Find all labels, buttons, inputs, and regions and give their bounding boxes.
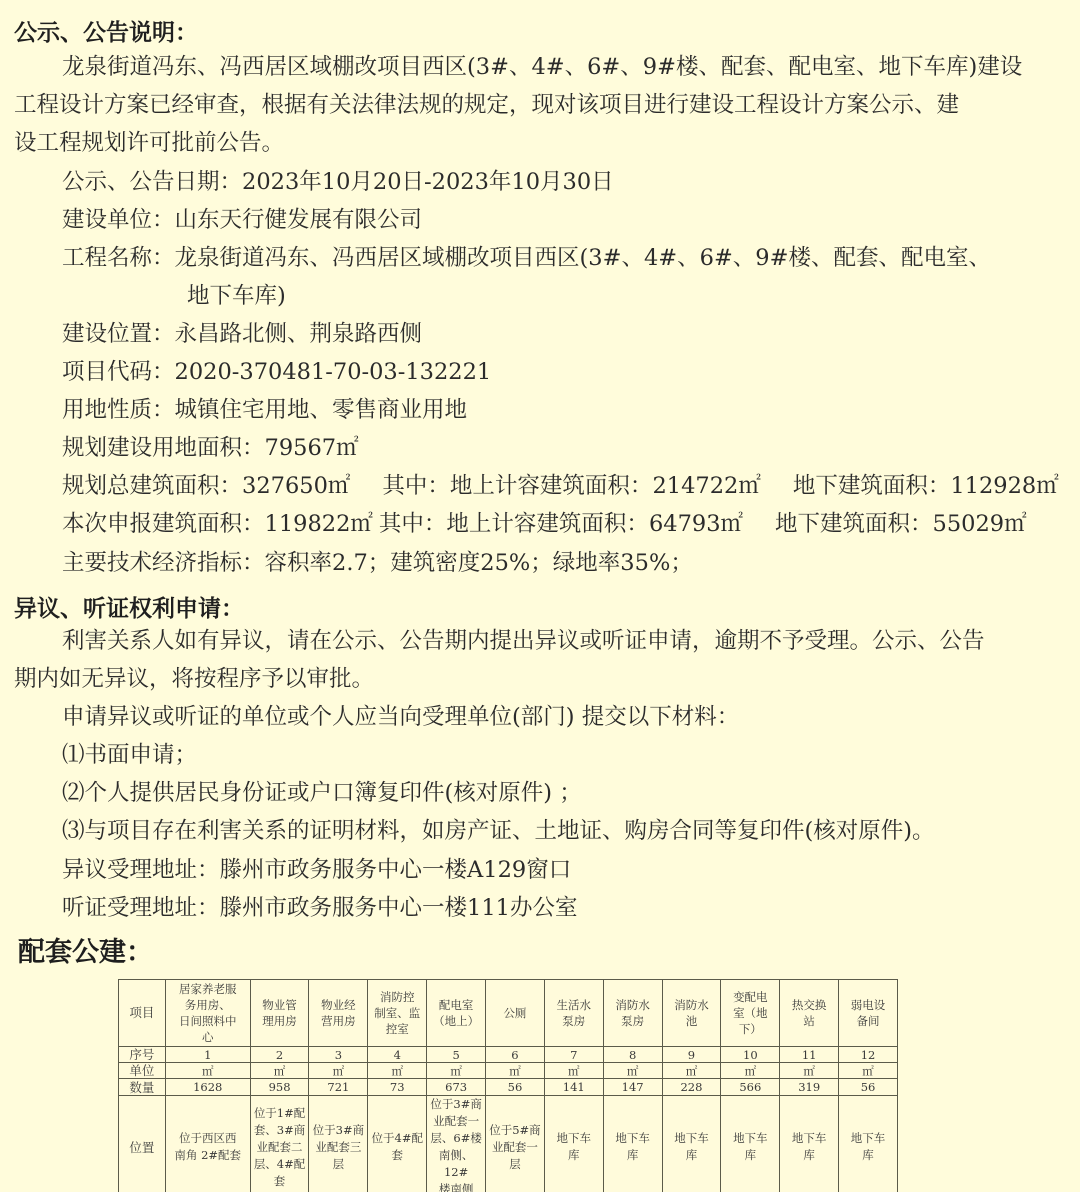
hearing-address: 听证受理地址：滕州市政务服务中心一楼111办公室 [62, 893, 577, 923]
table-row-seq: 序号123456789101112 [119, 1047, 898, 1063]
table-cell: ㎡ [839, 1063, 898, 1079]
table-cell: 位于3#商业配套一层、6#楼南侧、12#楼南侧 [427, 1096, 486, 1192]
field-declared-area: 本次申报建筑面积：119822㎡其中：地上计容建筑面积：64793㎡地下建筑面积… [62, 509, 1027, 539]
field-value: 滕州市政务服务中心一楼A129窗口 [220, 857, 572, 883]
intro-line-2: 工程设计方案已经审查，根据有关法律法规的规定，现对该项目进行建设工程设计方案公示… [14, 90, 959, 120]
field-label: 公示、公告日期： [62, 169, 242, 195]
table-cell: 物业管理用房 [250, 980, 309, 1047]
field-above-value: 214722㎡ [652, 473, 760, 499]
table-row-position: 位置位于西区西南角 2#配套位于1#配套、3#商业配套二层、4#配套位于3#商业… [119, 1096, 898, 1192]
table-cell: 居家养老服务用房、日间照料中心 [165, 980, 250, 1047]
table-cell: 56 [486, 1079, 545, 1096]
field-value: 79567㎡ [265, 435, 359, 461]
table-cell: 9 [662, 1047, 721, 1063]
field-label: 规划总建筑面积： [62, 473, 242, 499]
section-title-notice: 公示、公告说明： [14, 14, 198, 47]
field-location: 建设位置：永昌路北侧、荆泉路西侧 [62, 319, 422, 349]
table-cell: 配电室（地上） [427, 980, 486, 1047]
table-cell: 3 [309, 1047, 368, 1063]
row-header: 位置 [119, 1096, 166, 1192]
field-land-area: 规划建设用地面积：79567㎡ [62, 433, 359, 463]
table-cell: 地下车库 [780, 1096, 839, 1192]
field-label: 项目代码： [62, 359, 175, 385]
field-value: 山东天行健发展有限公司 [175, 207, 423, 233]
facilities-table: 项目居家养老服务用房、日间照料中心物业管理用房物业经营用房消防控制室、监控室配电… [118, 979, 898, 1192]
table-cell: 消防水池 [662, 980, 721, 1047]
table-cell: 56 [839, 1079, 898, 1096]
table-cell: 地下车库 [662, 1096, 721, 1192]
table-cell: 消防水泵房 [603, 980, 662, 1047]
field-value: 城镇住宅用地、零售商业用地 [175, 397, 468, 423]
objection-address: 异议受理地址：滕州市政务服务中心一楼A129窗口 [62, 855, 571, 885]
table-cell: 5 [427, 1047, 486, 1063]
table-cell: 10 [721, 1047, 780, 1063]
table-cell: ㎡ [780, 1063, 839, 1079]
field-value: 119822㎡ [265, 511, 373, 537]
field-land-use: 用地性质：城镇住宅用地、零售商业用地 [62, 395, 467, 425]
table-cell: 2 [250, 1047, 309, 1063]
table-cell: 热交换站 [780, 980, 839, 1047]
field-below-value: 55029㎡ [933, 511, 1027, 537]
table-cell: ㎡ [165, 1063, 250, 1079]
intro-line-1: 龙泉街道冯东、冯西居区域棚改项目西区(3#、4#、6#、9#楼、配套、配电室、地… [62, 52, 1022, 82]
materials-intro: 申请异议或听证的单位或个人应当向受理单位(部门) 提交以下材料： [62, 702, 739, 732]
table-row-unit: 单位㎡㎡㎡㎡㎡㎡㎡㎡㎡㎡㎡㎡ [119, 1063, 898, 1079]
objection-para-line-1: 利害关系人如有异议，请在公示、公告期内提出异议或听证申请，逾期不予受理。公示、公… [62, 626, 985, 656]
table-cell: 消防控制室、监控室 [368, 980, 427, 1047]
row-header: 序号 [119, 1047, 166, 1063]
table-cell: 228 [662, 1079, 721, 1096]
table-cell: 变配电室（地下） [721, 980, 780, 1047]
table-row-item: 项目居家养老服务用房、日间照料中心物业管理用房物业经营用房消防控制室、监控室配电… [119, 980, 898, 1047]
intro-line-3: 设工程规划许可批前公告。 [14, 128, 284, 158]
field-builder: 建设单位：山东天行健发展有限公司 [62, 205, 422, 235]
material-item-2: ⑵个人提供居民身份证或户口簿复印件(核对原件) ； [62, 778, 582, 808]
field-value: 2023年10月20日-2023年10月30日 [242, 169, 614, 195]
table-cell: 12 [839, 1047, 898, 1063]
field-above-value: 64793㎡ [649, 511, 743, 537]
row-header: 单位 [119, 1063, 166, 1079]
table-cell: 公厕 [486, 980, 545, 1047]
table-cell: 地下车库 [603, 1096, 662, 1192]
table-row-qty: 数量1628958721736735614114722856631956 [119, 1079, 898, 1096]
section-title-facilities: 配套公建： [18, 930, 153, 969]
field-project-code: 项目代码：2020-370481-70-03-132221 [62, 357, 491, 387]
field-label: 规划建设用地面积： [62, 435, 265, 461]
table-cell: 141 [544, 1079, 603, 1096]
table-cell: ㎡ [544, 1063, 603, 1079]
table-cell: 673 [427, 1079, 486, 1096]
table-cell: 弱电设备间 [839, 980, 898, 1047]
table-cell: 位于4#配套 [368, 1096, 427, 1192]
field-value: 永昌路北侧、荆泉路西侧 [175, 321, 423, 347]
field-total-area: 规划总建筑面积：327650㎡其中：地上计容建筑面积：214722㎡地下建筑面积… [62, 471, 1059, 501]
table-cell: 8 [603, 1047, 662, 1063]
table-cell: ㎡ [427, 1063, 486, 1079]
table-cell: 4 [368, 1047, 427, 1063]
table-cell: 位于1#配套、3#商业配套二层、4#配套 [250, 1096, 309, 1192]
field-label: 建设单位： [62, 207, 175, 233]
table-cell: 147 [603, 1079, 662, 1096]
field-value: 327650㎡ [242, 473, 350, 499]
table-cell: 位于3#商业配套三层 [309, 1096, 368, 1192]
field-value: 2020-370481-70-03-132221 [175, 359, 492, 385]
table-cell: 物业经营用房 [309, 980, 368, 1047]
section-title-objection: 异议、听证权利申请： [14, 590, 244, 623]
field-label: 异议受理地址： [62, 857, 220, 883]
field-project-name: 工程名称：龙泉街道冯东、冯西居区域棚改项目西区(3#、4#、6#、9#楼、配套、… [62, 243, 991, 273]
field-above-label: 其中：地上计容建筑面积： [379, 511, 649, 537]
table-cell: 6 [486, 1047, 545, 1063]
table-cell: 721 [309, 1079, 368, 1096]
table-cell: 1 [165, 1047, 250, 1063]
objection-para-line-2: 期内如无异议，将按程序予以审批。 [14, 664, 374, 694]
table-cell: ㎡ [486, 1063, 545, 1079]
table-cell: 958 [250, 1079, 309, 1096]
table-cell: ㎡ [368, 1063, 427, 1079]
table-cell: ㎡ [309, 1063, 368, 1079]
material-item-1: ⑴书面申请； [62, 740, 197, 770]
field-below-label: 地下建筑面积： [793, 473, 951, 499]
field-value: 滕州市政务服务中心一楼111办公室 [220, 895, 578, 921]
field-above-label: 其中：地上计容建筑面积： [382, 473, 652, 499]
table-cell: 生活水泵房 [544, 980, 603, 1047]
table-cell: ㎡ [250, 1063, 309, 1079]
field-indicators: 主要技术经济指标：容积率2.7；建筑密度25%；绿地率35%； [62, 548, 693, 578]
table-cell: 11 [780, 1047, 839, 1063]
table-cell: 位于5#商业配套一层 [486, 1096, 545, 1192]
field-label: 工程名称： [62, 245, 175, 271]
field-value: 容积率2.7；建筑密度25%；绿地率35%； [265, 550, 693, 576]
field-label: 听证受理地址： [62, 895, 220, 921]
table-cell: 地下车库 [721, 1096, 780, 1192]
field-below-value: 112928㎡ [950, 473, 1058, 499]
field-value: 龙泉街道冯东、冯西居区域棚改项目西区(3#、4#、6#、9#楼、配套、配电室、 [175, 245, 991, 271]
field-label: 建设位置： [62, 321, 175, 347]
field-label: 主要技术经济指标： [62, 550, 265, 576]
table-cell: 73 [368, 1079, 427, 1096]
field-below-label: 地下建筑面积： [775, 511, 933, 537]
table-cell: 7 [544, 1047, 603, 1063]
table-cell: 566 [721, 1079, 780, 1096]
table-cell: 1628 [165, 1079, 250, 1096]
field-project-name-cont: 地下车库) [187, 281, 286, 311]
table-cell: 地下车库 [544, 1096, 603, 1192]
row-header: 项目 [119, 980, 166, 1047]
field-notice-date: 公示、公告日期：2023年10月20日-2023年10月30日 [62, 167, 614, 197]
field-label: 本次申报建筑面积： [62, 511, 265, 537]
field-label: 用地性质： [62, 397, 175, 423]
table-cell: 位于西区西南角 2#配套 [165, 1096, 250, 1192]
table-cell: ㎡ [662, 1063, 721, 1079]
table-cell: 319 [780, 1079, 839, 1096]
material-item-3: ⑶与项目存在利害关系的证明材料，如房产证、土地证、购房合同等复印件(核对原件)。 [62, 816, 935, 846]
table-cell: ㎡ [721, 1063, 780, 1079]
row-header: 数量 [119, 1079, 166, 1096]
table-cell: ㎡ [603, 1063, 662, 1079]
table-cell: 地下车库 [839, 1096, 898, 1192]
